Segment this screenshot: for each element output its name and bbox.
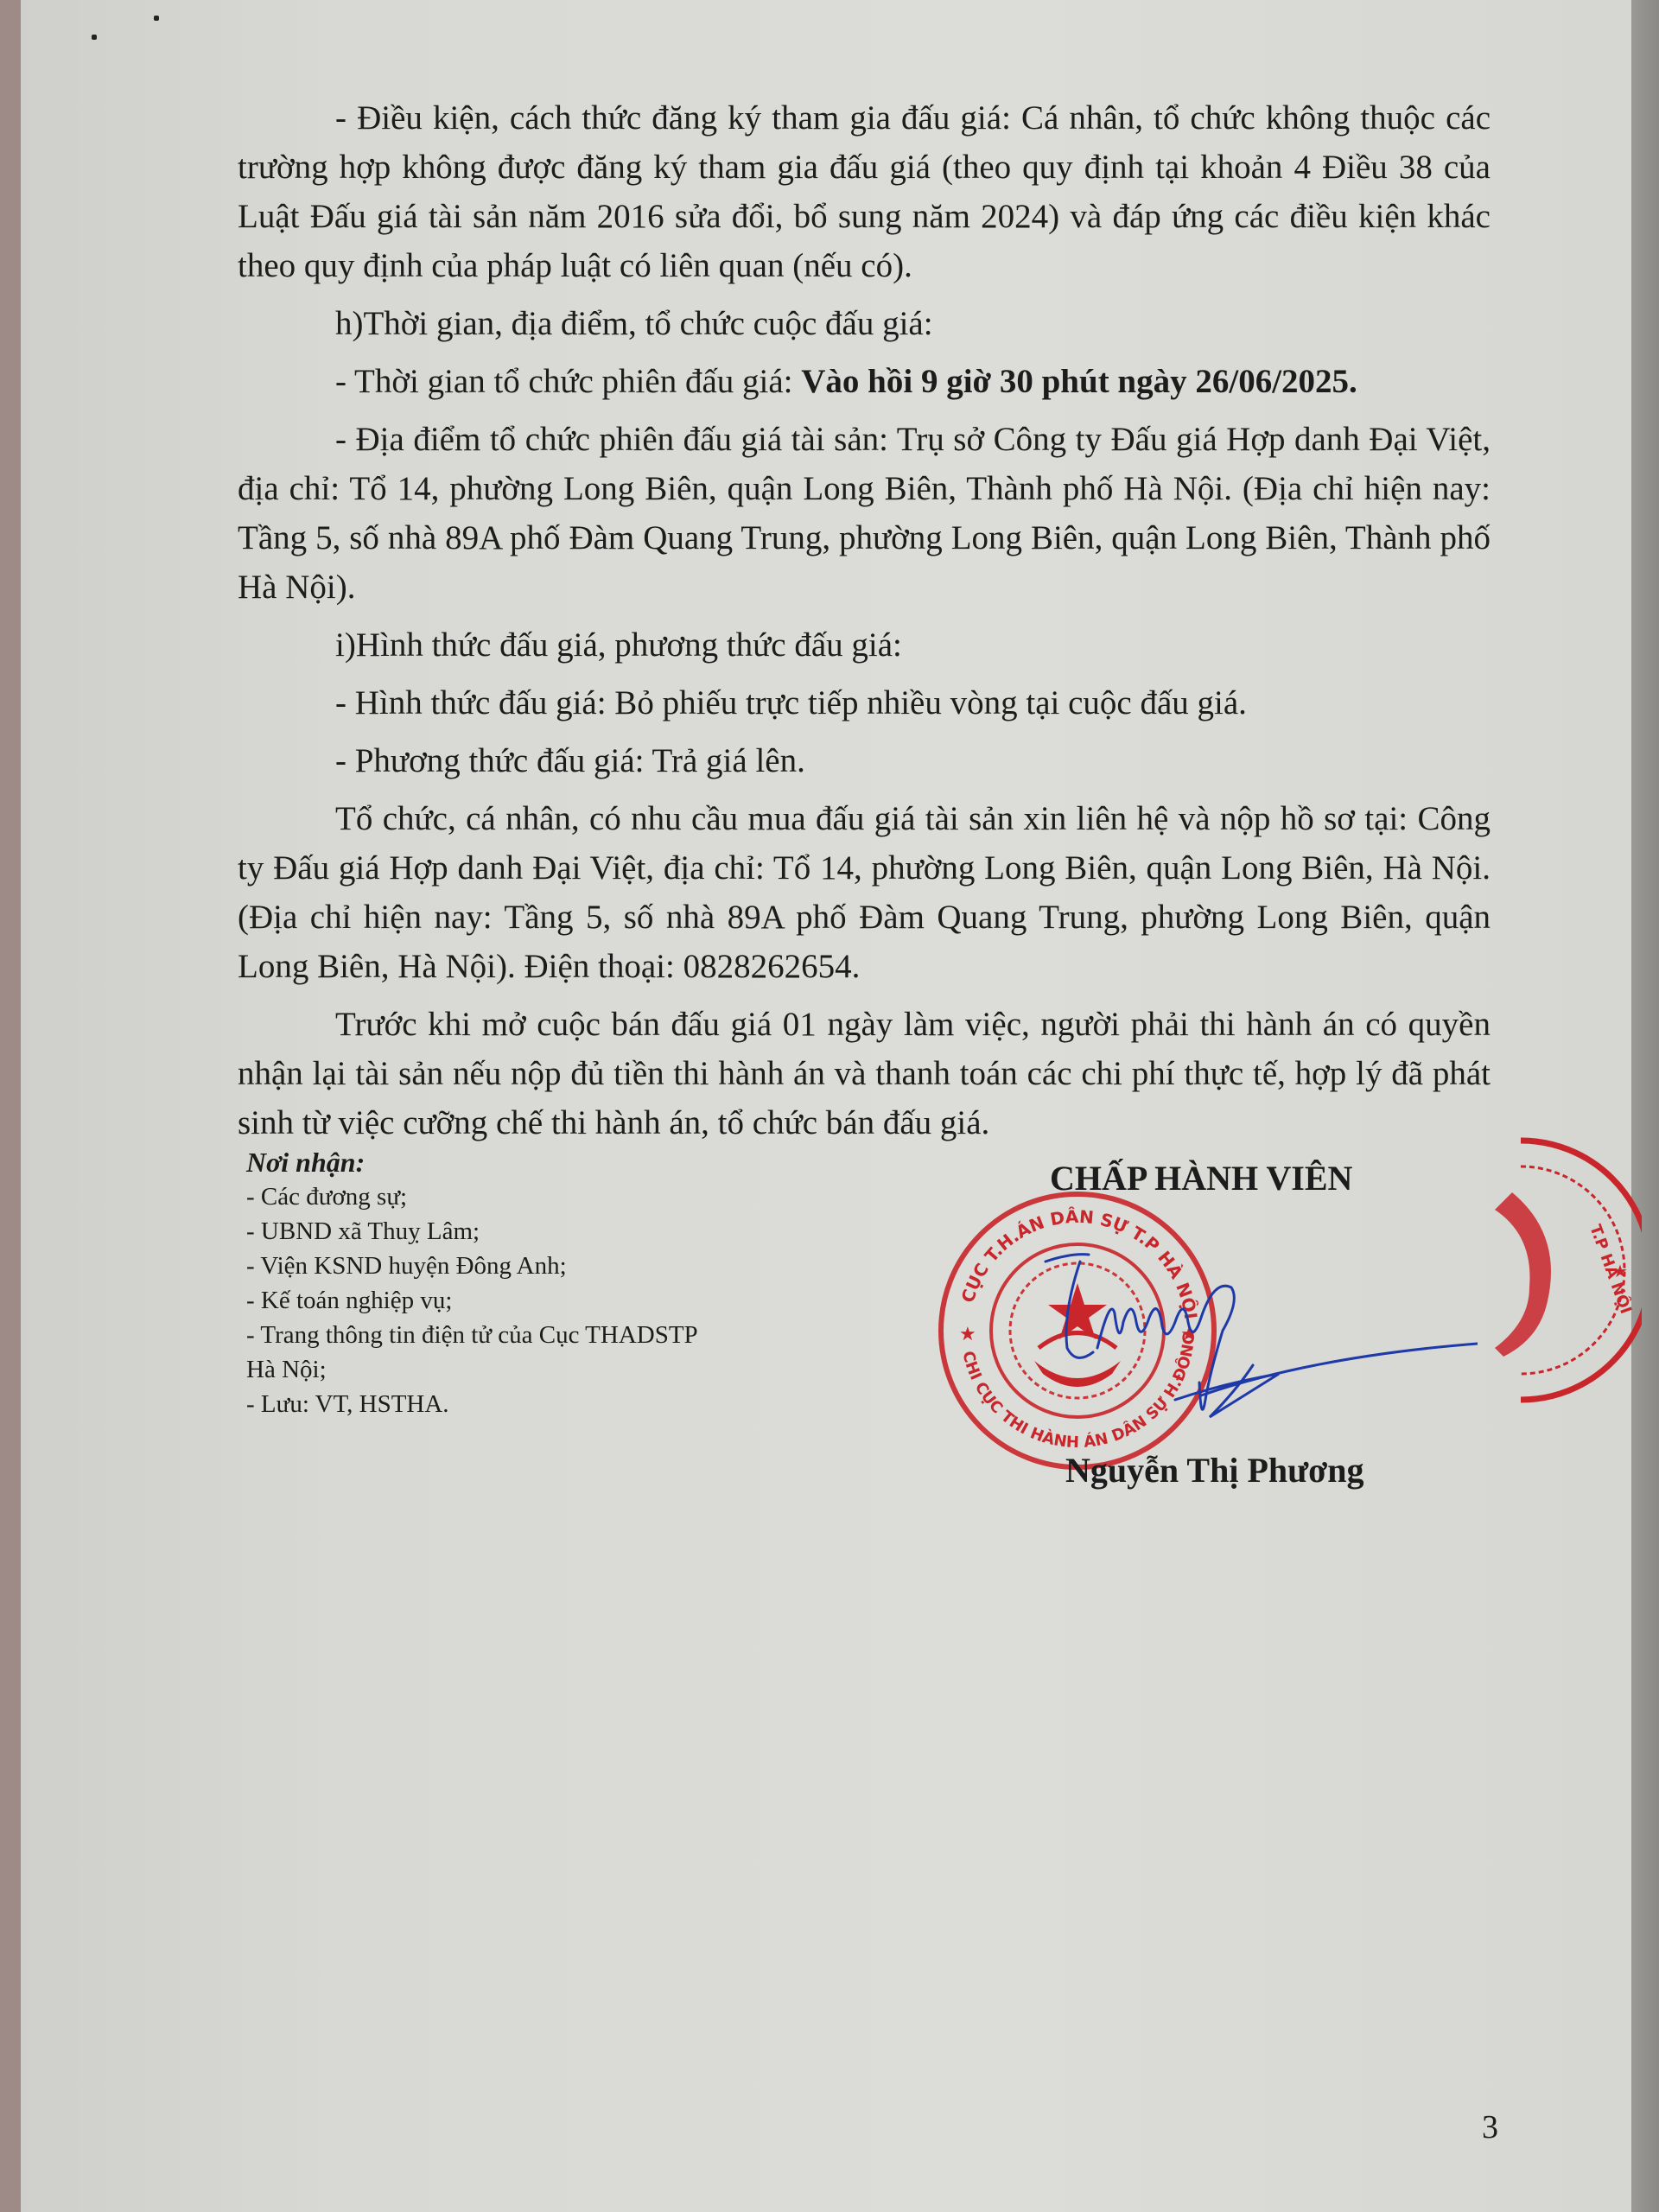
paragraph: h)Thời gian, địa điểm, tổ chức cuộc đấu … [238,299,1491,348]
paragraph-text: - Địa điểm tổ chức phiên đấu giá tài sản… [238,421,1491,606]
recipient-item: - Kế toán nghiệp vụ; [246,1283,698,1318]
page-edge-shadow [1631,0,1659,2212]
paragraph-text: i)Hình thức đấu giá, phương thức đấu giá… [335,626,902,664]
signer-name: Nguyễn Thị Phương [1065,1450,1364,1491]
recipient-item: - UBND xã Thuỵ Lâm; [246,1214,698,1249]
paragraph-text: - Phương thức đấu giá: Trả giá lên. [335,742,805,779]
page-number: 3 [1482,2108,1498,2146]
recipient-item: - Trang thông tin điện tử của Cục THADST… [246,1318,698,1352]
paragraph-text: Trước khi mở cuộc bán đấu giá 01 ngày là… [238,1006,1491,1141]
partial-seal-icon: T.P HÀ NỘI ★ [1486,1132,1642,1408]
recipient-item: - Các đương sự; [246,1179,698,1214]
svg-text:★: ★ [1612,1262,1628,1281]
paragraph: - Thời gian tổ chức phiên đấu giá: Vào h… [238,357,1491,406]
paragraph-text: - Hình thức đấu giá: Bỏ phiếu trực tiếp … [335,684,1247,721]
recipients-block: Nơi nhận: - Các đương sự;- UBND xã Thuỵ … [246,1145,698,1421]
paragraph: Trước khi mở cuộc bán đấu giá 01 ngày là… [238,1000,1491,1147]
recipients-list: - Các đương sự;- UBND xã Thuỵ Lâm;- Viện… [246,1179,698,1421]
recipients-title: Nơi nhận: [246,1145,698,1179]
paragraph: - Điều kiện, cách thức đăng ký tham gia … [238,93,1491,290]
recipient-item: - Viện KSND huyện Đông Anh; [246,1249,698,1283]
paragraph: - Địa điểm tổ chức phiên đấu giá tài sản… [238,415,1491,612]
signer-title: CHẤP HÀNH VIÊN [1050,1158,1352,1198]
paragraph: - Phương thức đấu giá: Trả giá lên. [238,736,1491,785]
paragraph-text: h)Thời gian, địa điểm, tổ chức cuộc đấu … [335,305,933,342]
speck [154,16,159,21]
paragraph: i)Hình thức đấu giá, phương thức đấu giá… [238,620,1491,670]
signature-icon [1028,1244,1478,1434]
emphasis-text: Vào hồi 9 giờ 30 phút ngày 26/06/2025. [801,363,1357,400]
svg-text:★: ★ [959,1323,976,1344]
recipient-item: - Lưu: VT, HSTHA. [246,1387,698,1421]
paragraph-text: - Thời gian tổ chức phiên đấu giá: [335,363,801,400]
recipient-item: Hà Nội; [246,1352,698,1387]
document-body: - Điều kiện, cách thức đăng ký tham gia … [238,93,1491,1147]
paragraph-text: - Điều kiện, cách thức đăng ký tham gia … [238,99,1491,284]
paragraph-text: Tổ chức, cá nhân, có nhu cầu mua đấu giá… [238,800,1491,985]
speck [92,35,97,40]
svg-text:T.P HÀ NỘI: T.P HÀ NỘI [1586,1222,1636,1316]
paragraph: - Hình thức đấu giá: Bỏ phiếu trực tiếp … [238,678,1491,728]
paragraph: Tổ chức, cá nhân, có nhu cầu mua đấu giá… [238,794,1491,991]
